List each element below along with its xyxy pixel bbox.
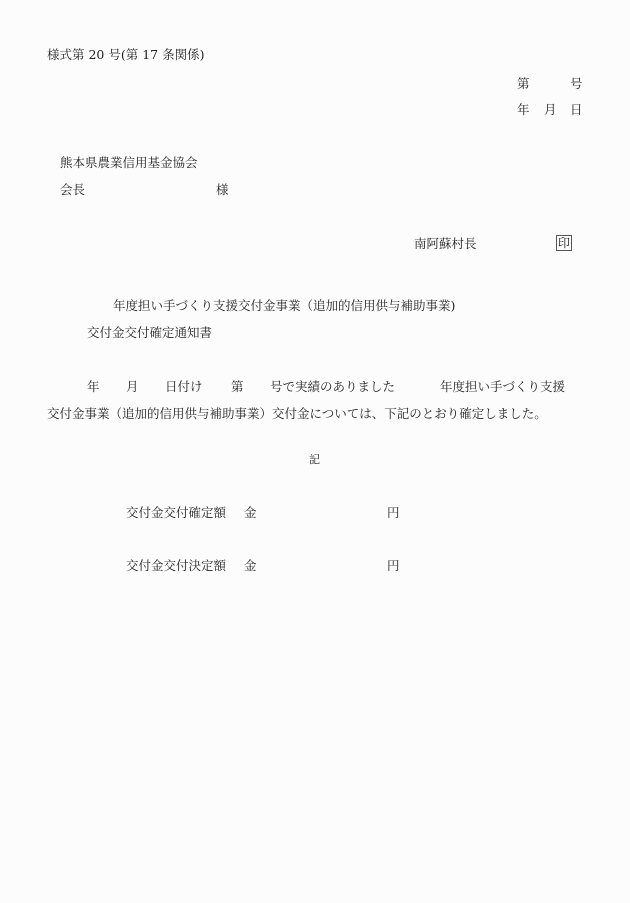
decided-amount-prefix: 金 [244,558,257,574]
sender-name: 南阿蘇村長 [414,236,477,252]
notice-title-line1: 年度担い手づくり支援交付金事業（追加的信用供与補助事業) [113,298,455,314]
addressee-honorific: 様 [216,182,229,198]
confirmed-amount-prefix: 金 [244,505,257,521]
date-day: 日 [570,102,583,118]
body-number-prefix: 第 [231,379,244,395]
seal-mark: 印 [556,235,572,251]
decided-amount-label: 交付金交付決定額 [126,558,226,574]
body-day-dated: 日付け [165,379,203,395]
ki-heading: 記 [309,452,320,468]
body-line1-mid: 号で実績のありました [270,379,395,395]
date-year: 年 [517,102,530,118]
date-month: 月 [544,102,557,118]
addressee-title: 会長 [60,182,85,198]
reference-number-prefix: 第 [517,76,530,92]
body-month: 月 [126,379,139,395]
notice-title-line2: 交付金交付確定通知書 [87,325,212,341]
seal-icon: 印 [556,235,572,251]
form-number: 様式第 20 号(第 17 条関係) [47,47,204,63]
decided-amount-unit: 円 [387,558,400,574]
body-line2: 交付金事業（追加的信用供与補助事業）交付金については、下記のとおり確定しました。 [47,406,547,422]
body-line1-end: 年度担い手づくり支援 [440,379,565,395]
confirmed-amount-unit: 円 [387,505,400,521]
body-year: 年 [87,379,100,395]
reference-number-suffix: 号 [570,76,583,92]
addressee-organization: 熊本県農業信用基金協会 [60,155,198,171]
confirmed-amount-label: 交付金交付確定額 [126,505,226,521]
